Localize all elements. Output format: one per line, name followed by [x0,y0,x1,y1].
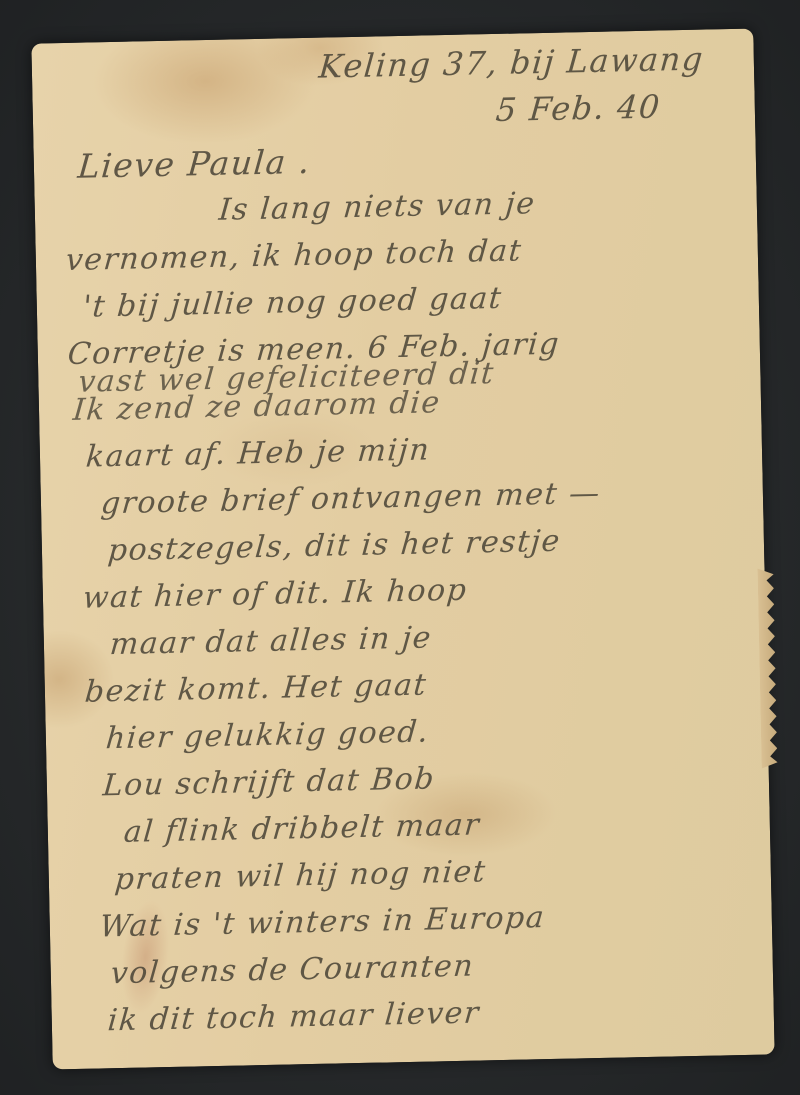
letter-page: Keling 37, bij Lawang5 Feb. 40Lieve Paul… [31,29,774,1070]
handwritten-text-block: Keling 37, bij Lawang5 Feb. 40Lieve Paul… [57,35,752,1061]
